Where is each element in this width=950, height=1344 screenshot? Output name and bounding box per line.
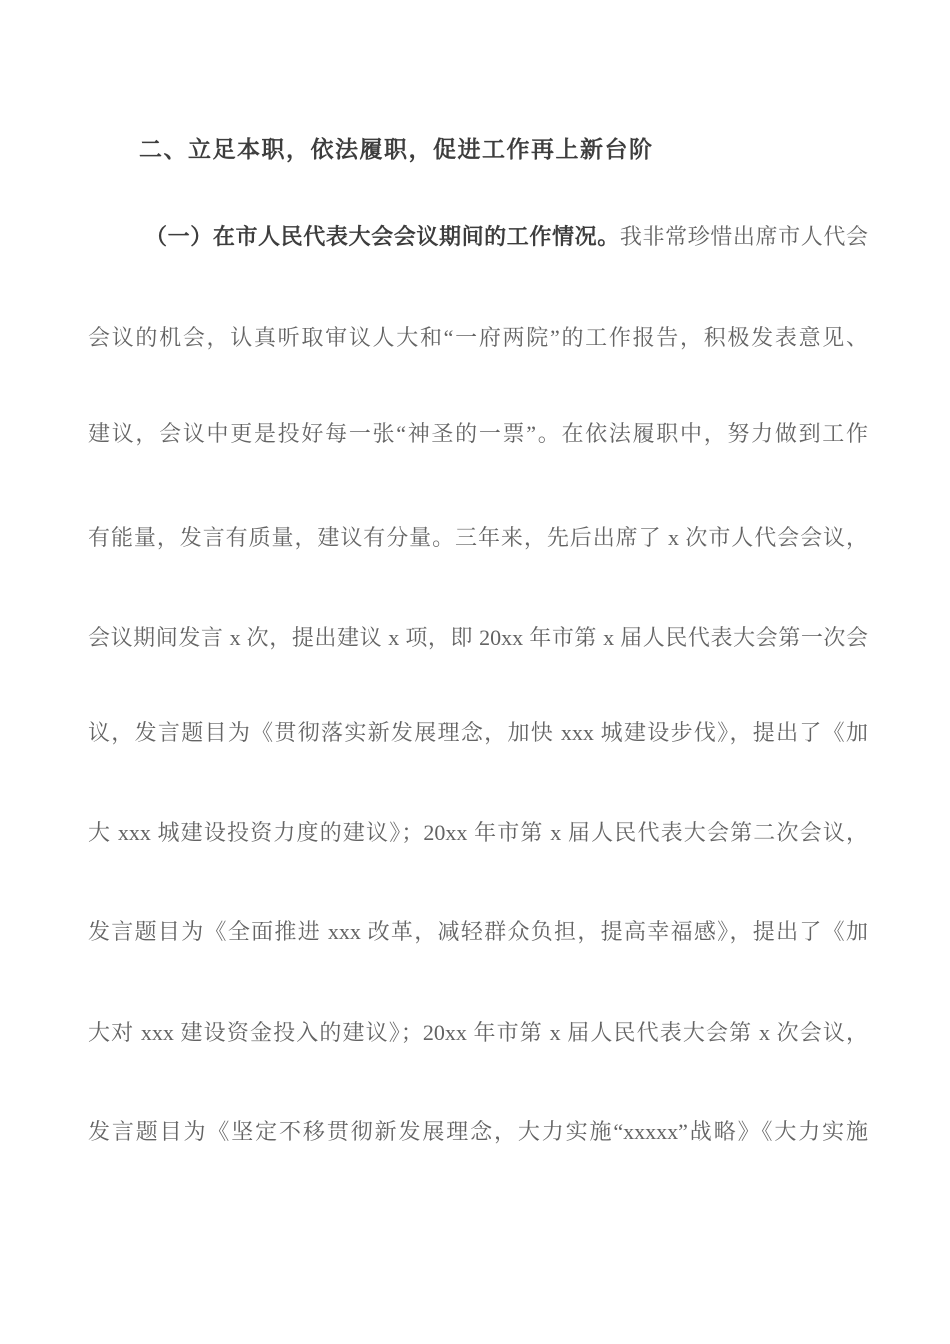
paragraph-line: 发言题目为《全面推进 xxx 改革，减轻群众负担，提高幸福感》，提出了《加: [88, 917, 868, 947]
paragraph-line: 议，发言题目为《贯彻落实新发展理念，加快 xxx 城建设步伐》，提出了《加: [88, 718, 868, 748]
paragraph-lead-bold: （一）在市人民代表大会会议期间的工作情况。: [145, 224, 620, 249]
paragraph-line: 会议的机会，认真听取审议人大和“一府两院”的工作报告，积极发表意见、: [88, 323, 868, 353]
paragraph-lead-rest: 我非常珍惜出席市人代会: [620, 224, 868, 249]
document-page: 二、立足本职，依法履职，促进工作再上新台阶 （一）在市人民代表大会会议期间的工作…: [0, 0, 950, 1344]
paragraph-line: 建议，会议中更是投好每一张“神圣的一票”。在依法履职中，努力做到工作: [88, 419, 868, 449]
paragraph-line: （一）在市人民代表大会会议期间的工作情况。我非常珍惜出席市人代会: [88, 222, 868, 252]
paragraph-line: 发言题目为《坚定不移贯彻新发展理念，大力实施“xxxxx”战略》《大力实施: [88, 1117, 868, 1147]
paragraph-line: 大 xxx 城建设投资力度的建议》；20xx 年市第 x 届人民代表大会第二次会…: [88, 818, 868, 848]
paragraph-line: 会议期间发言 x 次，提出建议 x 项，即 20xx 年市第 x 届人民代表大会…: [88, 623, 868, 653]
section-heading: 二、立足本职，依法履职，促进工作再上新台阶: [139, 134, 654, 166]
paragraph-line: 大对 xxx 建设资金投入的建议》；20xx 年市第 x 届人民代表大会第 x …: [88, 1018, 868, 1048]
paragraph-line: 有能量，发言有质量，建议有分量。三年来，先后出席了 x 次市人代会会议，: [88, 523, 868, 553]
